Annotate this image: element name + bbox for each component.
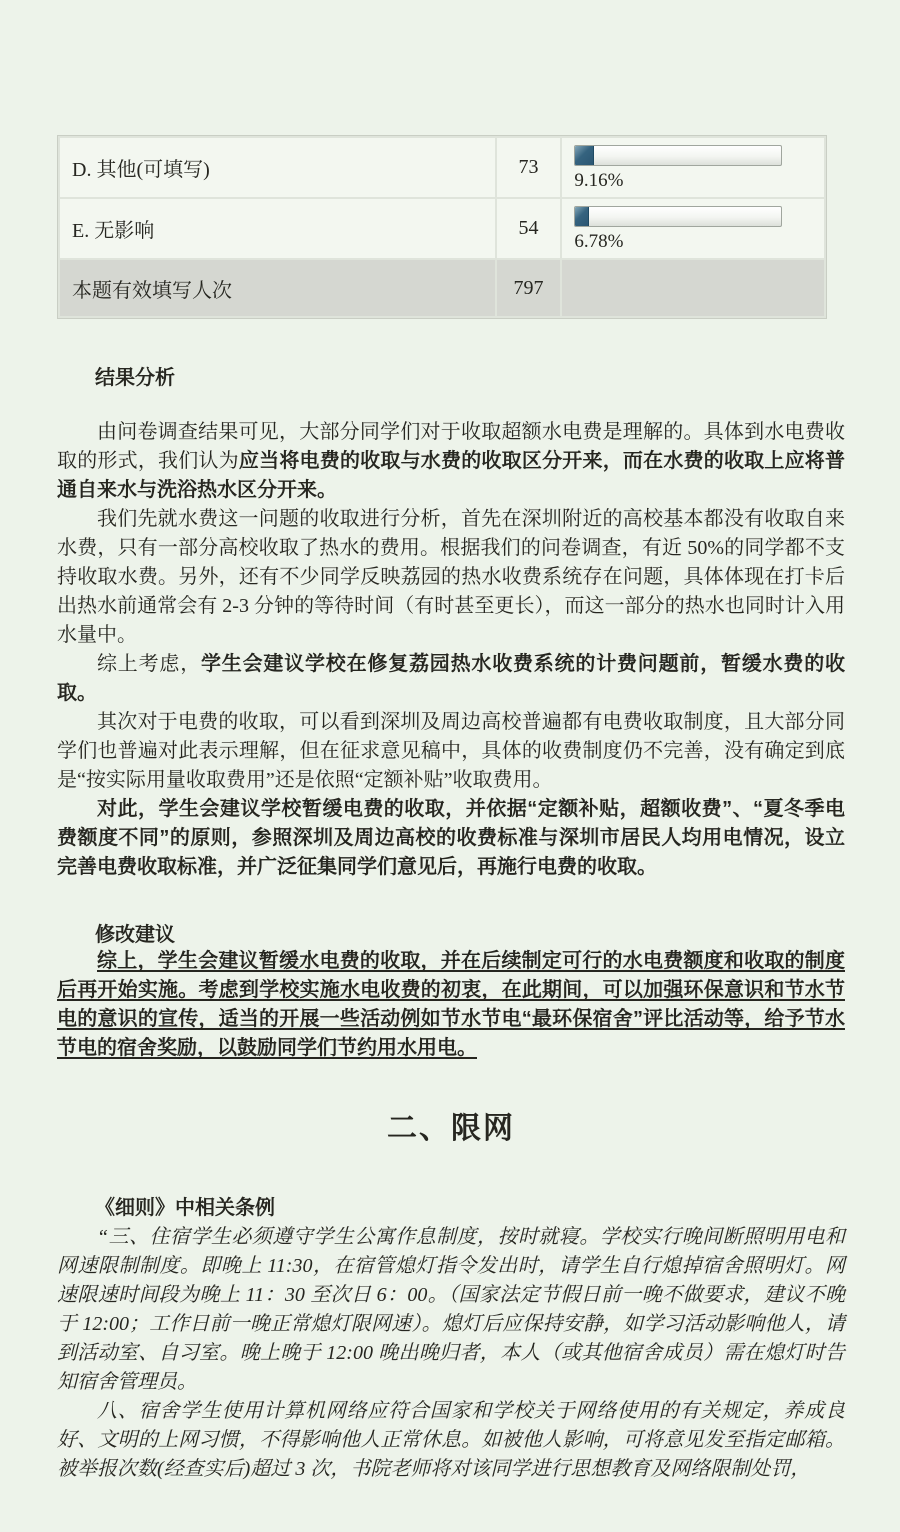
- footer-count: 797: [497, 260, 561, 316]
- progress-bar: [574, 145, 782, 166]
- option-label: E. 无影响: [60, 199, 495, 258]
- document-content: D. 其他(可填写) 73 9.16% E. 无影响 54: [0, 0, 900, 1484]
- progress-bar-fill: [575, 146, 594, 165]
- document-page: D. 其他(可填写) 73 9.16% E. 无影响 54: [0, 0, 900, 1532]
- section-2-title: 二、限网: [57, 1103, 845, 1147]
- analysis-paragraph-2: 我们先就水费这一问题的收取进行分析，首先在深圳附近的高校基本都没有收取自来水费，…: [57, 505, 845, 650]
- progress-bar-fill: [575, 207, 589, 226]
- option-bar-cell: 6.78%: [562, 199, 824, 258]
- footer-empty-cell: [562, 260, 824, 316]
- option-bar-cell: 9.16%: [562, 138, 824, 197]
- table-row: E. 无影响 54 6.78%: [60, 199, 824, 258]
- progress-bar: [574, 206, 782, 227]
- rule-3-paragraph: “三、住宿学生必须遵守学生公寓作息制度，按时就寝。学校实行晚间断照明用电和网速限…: [57, 1223, 845, 1397]
- suggestion-heading: 修改建议: [95, 918, 845, 947]
- analysis-paragraph-4: 其次对于电费的收取，可以看到深圳及周边高校普遍都有电费收取制度，且大部分同学们也…: [57, 708, 845, 795]
- analysis-paragraph-3: 综上考虑，学生会建议学校在修复荔园热水收费系统的计费问题前，暂缓水费的收取。: [57, 650, 845, 708]
- analysis-paragraph-5: 对此，学生会建议学校暂缓电费的收取，并依据“定额补贴，超额收费”、“夏冬季电费额…: [57, 795, 845, 882]
- table-footer-row: 本题有效填写人次 797: [60, 260, 824, 316]
- option-count: 54: [497, 199, 561, 258]
- option-label: D. 其他(可填写): [60, 138, 495, 197]
- rules-heading: 《细则》中相关条例: [95, 1191, 845, 1220]
- percent-label: 6.78%: [574, 231, 816, 253]
- suggestion-paragraph: 综上，学生会建议暂缓水电费的收取，并在后续制定可行的水电费额度和收取的制度后再开…: [57, 947, 845, 1063]
- analysis-paragraph-1: 由问卷调查结果可见，大部分同学们对于收取超额水电费是理解的。具体到水电费收取的形…: [57, 418, 845, 505]
- footer-label: 本题有效填写人次: [60, 260, 495, 316]
- percent-label: 9.16%: [574, 170, 816, 192]
- p3-lead-text: 综上考虑，: [97, 653, 201, 675]
- survey-results-table: D. 其他(可填写) 73 9.16% E. 无影响 54: [57, 135, 827, 319]
- option-count: 73: [497, 138, 561, 197]
- table-row: D. 其他(可填写) 73 9.16%: [60, 138, 824, 197]
- rule-8-paragraph: 八、宿舍学生使用计算机网络应符合国家和学校关于网络使用的有关规定，养成良好、文明…: [57, 1397, 845, 1484]
- analysis-heading: 结果分析: [95, 361, 845, 390]
